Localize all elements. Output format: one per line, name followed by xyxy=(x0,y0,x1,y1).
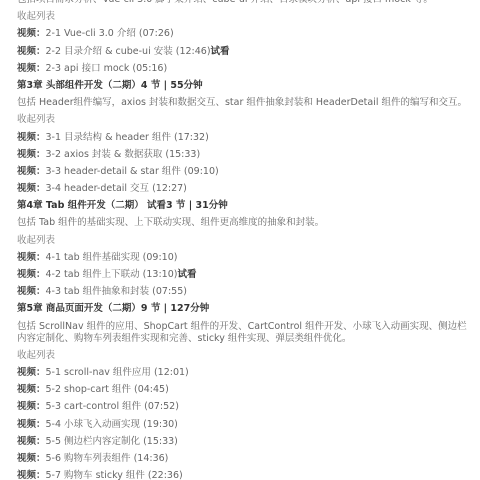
trial-badge[interactable]: 试看 xyxy=(177,269,196,280)
chapter-description: 包括 Tab 组件的基础实现、上下联动实现、组件更高维度的抽象和封装。 xyxy=(17,217,467,229)
video-title: 5-7 购物车 sticky 组件 (22:36) xyxy=(46,470,183,480)
video-title: 4-2 tab 组件上下联动 (13:10) xyxy=(46,269,178,280)
video-title: 3-3 header-detail & star 组件 (09:10) xyxy=(46,166,219,177)
video-label: 视频： xyxy=(17,46,46,57)
video-item[interactable]: 视频：3-4 header-detail 交互 (12:27) xyxy=(17,183,467,195)
video-label: 视频： xyxy=(17,132,46,143)
chapter-title[interactable]: 第5章 商品页面开发（二期）9 节 | 127分钟 xyxy=(17,303,467,315)
video-title: 5-6 购物车列表组件 (14:36) xyxy=(46,453,169,464)
video-title: 5-3 cart-control 组件 (07:52) xyxy=(46,401,179,412)
chapter-description: 包括项目需求分析、Vue-cli 3.0 脚手架介绍、cube-ui 介绍、目录… xyxy=(17,0,467,6)
video-title: 3-1 目录结构 & header 组件 (17:32) xyxy=(46,132,209,143)
video-item[interactable]: 视频：5-4 小球飞入动画实现 (19:30) xyxy=(17,419,467,431)
video-label: 视频： xyxy=(17,166,46,177)
video-title: 5-1 scroll-nav 组件应用 (12:01) xyxy=(46,367,189,378)
video-item[interactable]: 视频：5-7 购物车 sticky 组件 (22:36) xyxy=(17,470,467,480)
video-label: 视频： xyxy=(17,436,46,447)
video-title: 2-1 Vue-cli 3.0 介绍 (07:26) xyxy=(46,28,174,39)
video-title: 3-2 axios 封装 & 数据获取 (15:33) xyxy=(46,149,201,160)
collapse-list-link[interactable]: 收起列表 xyxy=(17,350,467,362)
chapter-description: 包括 Header组件编写，axios 封装和数据交互、star 组件抽象封装和… xyxy=(17,97,467,109)
collapse-list-link[interactable]: 收起列表 xyxy=(17,235,467,247)
video-item[interactable]: 视频：4-1 tab 组件基础实现 (09:10) xyxy=(17,252,467,264)
video-title: 5-2 shop-cart 组件 (04:45) xyxy=(46,384,169,395)
video-label: 视频： xyxy=(17,269,46,280)
video-label: 视频： xyxy=(17,28,46,39)
video-label: 视频： xyxy=(17,470,46,480)
video-label: 视频： xyxy=(17,367,46,378)
chapter-list: 包括项目需求分析、Vue-cli 3.0 脚手架介绍、cube-ui 介绍、目录… xyxy=(17,0,467,480)
video-item[interactable]: 视频：3-2 axios 封装 & 数据获取 (15:33) xyxy=(17,149,467,161)
video-label: 视频： xyxy=(17,149,46,160)
video-title: 3-4 header-detail 交互 (12:27) xyxy=(46,183,187,194)
trial-badge[interactable]: 试看 xyxy=(211,46,230,57)
course-outline-page: 包括项目需求分析、Vue-cli 3.0 脚手架介绍、cube-ui 介绍、目录… xyxy=(0,0,480,480)
video-title: 2-2 目录介绍 & cube-ui 安装 (12:46) xyxy=(46,46,211,57)
video-item[interactable]: 视频：5-1 scroll-nav 组件应用 (12:01) xyxy=(17,367,467,379)
video-label: 视频： xyxy=(17,419,46,430)
video-item[interactable]: 视频：5-2 shop-cart 组件 (04:45) xyxy=(17,384,467,396)
video-item[interactable]: 视频：2-1 Vue-cli 3.0 介绍 (07:26) xyxy=(17,28,467,40)
video-title: 2-3 api 接口 mock (05:16) xyxy=(46,63,168,74)
video-label: 视频： xyxy=(17,286,46,297)
video-item[interactable]: 视频：2-2 目录介绍 & cube-ui 安装 (12:46)试看 xyxy=(17,46,467,58)
chapter-description: 包括 ScrollNav 组件的应用、ShopCart 组件的开发、CartCo… xyxy=(17,321,467,345)
video-title: 4-3 tab 组件抽象和封装 (07:55) xyxy=(46,286,187,297)
video-label: 视频： xyxy=(17,252,46,263)
video-item[interactable]: 视频：3-1 目录结构 & header 组件 (17:32) xyxy=(17,132,467,144)
video-title: 4-1 tab 组件基础实现 (09:10) xyxy=(46,252,178,263)
video-title: 5-4 小球飞入动画实现 (19:30) xyxy=(46,419,178,430)
video-item[interactable]: 视频：5-5 侧边栏内容定制化 (15:33) xyxy=(17,436,467,448)
video-item[interactable]: 视频：4-3 tab 组件抽象和封装 (07:55) xyxy=(17,286,467,298)
collapse-list-link[interactable]: 收起列表 xyxy=(17,11,467,23)
video-label: 视频： xyxy=(17,453,46,464)
video-item[interactable]: 视频：5-3 cart-control 组件 (07:52) xyxy=(17,401,467,413)
video-title: 5-5 侧边栏内容定制化 (15:33) xyxy=(46,436,178,447)
video-item[interactable]: 视频：3-3 header-detail & star 组件 (09:10) xyxy=(17,166,467,178)
video-label: 视频： xyxy=(17,63,46,74)
chapter-title[interactable]: 第3章 头部组件开发（二期）4 节 | 55分钟 xyxy=(17,80,467,92)
video-item[interactable]: 视频：4-2 tab 组件上下联动 (13:10)试看 xyxy=(17,269,467,281)
collapse-list-link[interactable]: 收起列表 xyxy=(17,114,467,126)
video-label: 视频： xyxy=(17,384,46,395)
video-item[interactable]: 视频：2-3 api 接口 mock (05:16) xyxy=(17,63,467,75)
video-item[interactable]: 视频：5-6 购物车列表组件 (14:36) xyxy=(17,453,467,465)
chapter-title[interactable]: 第4章 Tab 组件开发（二期） 试看3 节 | 31分钟 xyxy=(17,200,467,212)
video-label: 视频： xyxy=(17,401,46,412)
video-label: 视频： xyxy=(17,183,46,194)
